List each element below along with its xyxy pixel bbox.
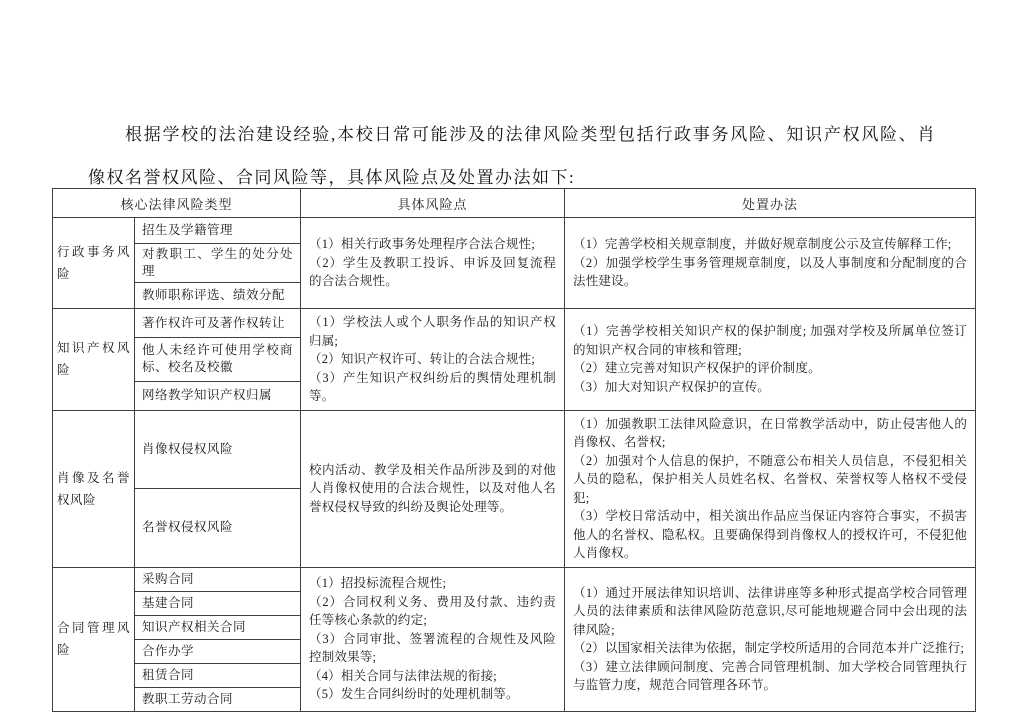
risk-points-cell: 校内活动、教学及相关作品所涉及到的对他人肖像权使用的合法合规性，以及对他人名誉权… [301, 410, 565, 567]
risk-category-contract: 合同管理风险 [53, 567, 135, 711]
intro-paragraph: 根据学校的法治建设经验,本校日常可能涉及的法律风险类型包括行政事务风险、知识产权… [88, 113, 936, 199]
table-row: 知识产权风险 著作权许可及著作权转让 （1）学校法人或个人职务作品的知识产权归属… [53, 309, 976, 338]
table-row: 肖像及名誉权风险 肖像权侵权风险 校内活动、教学及相关作品所涉及到的对他人肖像权… [53, 410, 976, 489]
risk-category-ip: 知识产权风险 [53, 309, 135, 411]
risk-category-administrative: 行政事务风险 [53, 218, 135, 309]
risk-points-cell: （1）相关行政事务处理程序合法合规性; （2）学生及教职工投诉、申诉及回复流程的… [301, 218, 565, 309]
risk-subtype-cell: 他人未经许可使用学校商标、校名及校徽 [135, 338, 301, 382]
risk-subtype-cell: 租赁合同 [135, 663, 301, 687]
table-header-row: 核心法律风险类型 具体风险点 处置办法 [53, 189, 976, 218]
risk-subtype-cell: 合作办学 [135, 639, 301, 663]
column-header-risk-type: 核心法律风险类型 [53, 189, 301, 218]
table-row: 行政事务风险 招生及学籍管理 （1）相关行政事务处理程序合法合规性; （2）学生… [53, 218, 976, 244]
table-row: 合同管理风险 采购合同 （1）招投标流程合规性; （2）合同权利义务、费用及付款… [53, 567, 976, 591]
risk-table: 核心法律风险类型 具体风险点 处置办法 行政事务风险 招生及学籍管理 （1）相关… [52, 188, 976, 712]
risk-subtype-cell: 知识产权相关合同 [135, 615, 301, 639]
column-header-risk-points: 具体风险点 [301, 189, 565, 218]
risk-subtype-cell: 名誉权侵权风险 [135, 489, 301, 568]
risk-subtype-cell: 基建合同 [135, 591, 301, 615]
risk-subtype-cell: 教职工劳动合同 [135, 687, 301, 711]
disposal-cell: （1）加强教职工法律风险意识，在日常教学活动中，防止侵害他人的肖像权、名誉权; … [565, 410, 976, 567]
disposal-cell: （1）通过开展法律知识培训、法律讲座等多种形式提高学校合同管理人员的法律素质和法… [565, 567, 976, 711]
risk-category-portrait-reputation: 肖像及名誉权风险 [53, 410, 135, 567]
risk-points-cell: （1）招投标流程合规性; （2）合同权利义务、费用及付款、违约责任等核心条款的约… [301, 567, 565, 711]
risk-subtype-cell: 招生及学籍管理 [135, 218, 301, 244]
disposal-cell: （1）完善学校相关规章制度，并做好规章制度公示及宣传解释工作; （2）加强学校学… [565, 218, 976, 309]
document-page: 根据学校的法治建设经验,本校日常可能涉及的法律风险类型包括行政事务风险、知识产权… [0, 0, 1024, 723]
risk-subtype-cell: 教师职称评选、绩效分配 [135, 283, 301, 309]
risk-subtype-cell: 著作权许可及著作权转让 [135, 309, 301, 338]
risk-subtype-cell: 对教职工、学生的处分处理 [135, 244, 301, 283]
disposal-cell: （1）完善学校相关知识产权的保护制度; 加强对学校及所属单位签订的知识产权合同的… [565, 309, 976, 411]
column-header-disposal: 处置办法 [565, 189, 976, 218]
risk-subtype-cell: 网络教学知识产权归属 [135, 381, 301, 410]
risk-subtype-cell: 采购合同 [135, 567, 301, 591]
risk-subtype-cell: 肖像权侵权风险 [135, 410, 301, 489]
risk-points-cell: （1）学校法人或个人职务作品的知识产权归属; （2）知识产权许可、转让的合法合规… [301, 309, 565, 411]
